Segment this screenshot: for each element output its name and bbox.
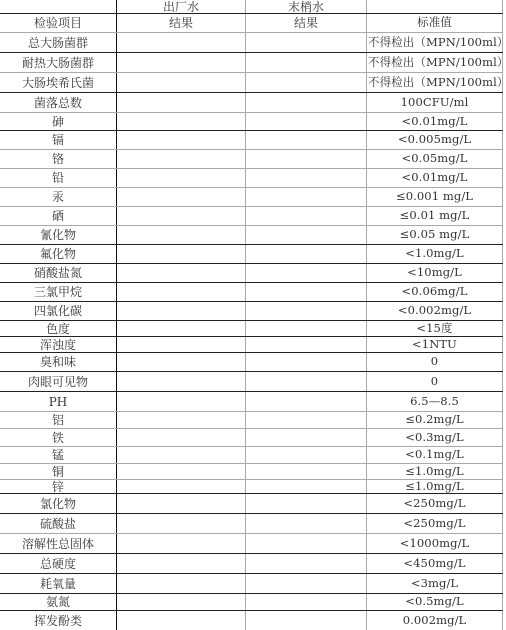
standard-value-cell: ≤0.01 mg/L: [367, 207, 503, 225]
terminal-result-cell[interactable]: [246, 429, 367, 446]
terminal-result-cell[interactable]: [246, 534, 367, 553]
standard-value-cell: <0.06mg/L: [367, 283, 503, 301]
item-cell: 三氯甲烷: [0, 283, 117, 301]
table-row: 硝酸盐氮<10mg/L: [0, 264, 503, 283]
standard-value-cell: 0: [367, 353, 503, 371]
terminal-result-cell[interactable]: [246, 113, 367, 130]
factory-result-cell[interactable]: [117, 53, 246, 72]
table-row: 铬<0.05mg/L: [0, 150, 503, 169]
table-row: 耗氧量<3mg/L: [0, 574, 503, 594]
table-row: 硒≤0.01 mg/L: [0, 207, 503, 226]
factory-result-cell[interactable]: [117, 534, 246, 553]
table-row: 三氯甲烷<0.06mg/L: [0, 283, 503, 302]
terminal-result-cell[interactable]: [246, 245, 367, 263]
standard-value-cell: ≤0.001 mg/L: [367, 188, 503, 206]
item-cell: 硒: [0, 207, 117, 225]
item-cell: 铝: [0, 412, 117, 428]
table-row: 浑浊度<1NTU: [0, 337, 503, 353]
table-row: 溶解性总固体<1000mg/L: [0, 534, 503, 554]
standard-value-cell: ≤0.05 mg/L: [367, 226, 503, 244]
terminal-result-cell[interactable]: [246, 353, 367, 371]
factory-result-cell[interactable]: [117, 392, 246, 411]
water-quality-table: 出厂水 末梢水 检验项目 结果 结果 标准值 总大肠菌群不得检出（MPN/100…: [0, 0, 503, 630]
terminal-result-cell[interactable]: [246, 131, 367, 149]
factory-result-cell[interactable]: [117, 337, 246, 352]
table-row: 铜≤1.0mg/L: [0, 464, 503, 480]
terminal-result-cell[interactable]: [246, 264, 367, 282]
item-cell: 镉: [0, 131, 117, 149]
factory-result-cell[interactable]: [117, 554, 246, 573]
table-row: 大肠埃希氏菌不得检出（MPN/100ml）: [0, 73, 503, 93]
terminal-result-cell[interactable]: [246, 207, 367, 225]
terminal-result-cell[interactable]: [246, 412, 367, 428]
factory-result-cell[interactable]: [117, 207, 246, 225]
item-cell: 耗氧量: [0, 574, 117, 593]
item-cell: 氯化物: [0, 494, 117, 513]
table-row: 铝≤0.2mg/L: [0, 412, 503, 429]
table-row: 硫酸盐<250mg/L: [0, 514, 503, 534]
item-cell: 锌: [0, 480, 117, 493]
factory-result-cell[interactable]: [117, 150, 246, 168]
table-row: 锌≤1.0mg/L: [0, 480, 503, 494]
terminal-result-cell[interactable]: [246, 554, 367, 573]
item-cell: 铜: [0, 464, 117, 479]
standard-value-cell: <10mg/L: [367, 264, 503, 282]
factory-result-cell[interactable]: [117, 480, 246, 493]
factory-result-cell[interactable]: [117, 574, 246, 593]
factory-result-cell[interactable]: [117, 372, 246, 391]
terminal-result-cell[interactable]: [246, 302, 367, 320]
factory-result-cell[interactable]: [117, 429, 246, 446]
table-row: 镉<0.005mg/L: [0, 131, 503, 150]
standard-value-cell: ≤1.0mg/L: [367, 480, 503, 493]
terminal-result-cell[interactable]: [246, 337, 367, 352]
standard-value-cell: <0.5mg/L: [367, 594, 503, 610]
terminal-result-cell[interactable]: [246, 494, 367, 513]
standard-value-cell: 0: [367, 372, 503, 391]
standard-value-cell: <15度: [367, 321, 503, 336]
header-group-standard-empty: [367, 0, 503, 13]
terminal-result-cell[interactable]: [246, 447, 367, 463]
factory-result-cell[interactable]: [117, 73, 246, 92]
item-cell: 氟化物: [0, 245, 117, 263]
item-cell: 汞: [0, 188, 117, 206]
standard-value-cell: 100CFU/ml: [367, 93, 503, 112]
item-cell: 硝酸盐氮: [0, 264, 117, 282]
table-row: 耐热大肠菌群不得检出（MPN/100ml）: [0, 53, 503, 73]
table-row: 色度<15度: [0, 321, 503, 337]
table-row: 臭和味0: [0, 353, 503, 372]
item-cell: 溶解性总固体: [0, 534, 117, 553]
item-cell: 铬: [0, 150, 117, 168]
factory-result-cell[interactable]: [117, 169, 246, 187]
standard-value-cell: <1.0mg/L: [367, 245, 503, 263]
standard-value-cell: ≤1.0mg/L: [367, 464, 503, 479]
item-cell: 硫酸盐: [0, 514, 117, 533]
header-group-row: 出厂水 末梢水: [0, 0, 503, 14]
terminal-result-cell[interactable]: [246, 392, 367, 411]
item-cell: 铅: [0, 169, 117, 187]
item-cell: 挥发酚类: [0, 611, 117, 630]
standard-value-cell: <1000mg/L: [367, 534, 503, 553]
factory-result-cell[interactable]: [117, 353, 246, 371]
factory-result-cell[interactable]: [117, 412, 246, 428]
item-cell: 氨氮: [0, 594, 117, 610]
factory-result-cell[interactable]: [117, 93, 246, 112]
table-row: 锰<0.1mg/L: [0, 447, 503, 464]
standard-value-cell: <0.005mg/L: [367, 131, 503, 149]
standard-value-cell: <0.1mg/L: [367, 447, 503, 463]
header-group-terminal-water: 末梢水: [246, 0, 367, 13]
factory-result-cell[interactable]: [117, 226, 246, 244]
table-row: 汞≤0.001 mg/L: [0, 188, 503, 207]
terminal-result-cell[interactable]: [246, 283, 367, 301]
header-label-row: 检验项目 结果 结果 标准值: [0, 14, 503, 33]
standard-value-cell: <1NTU: [367, 337, 503, 352]
item-cell: PH: [0, 392, 117, 411]
terminal-result-cell[interactable]: [246, 321, 367, 336]
item-cell: 浑浊度: [0, 337, 117, 352]
header-group-factory-water: 出厂水: [117, 0, 246, 13]
table-row: 四氯化碳<0.002mg/L: [0, 302, 503, 321]
item-cell: 菌落总数: [0, 93, 117, 112]
terminal-result-cell[interactable]: [246, 93, 367, 112]
factory-result-cell[interactable]: [117, 447, 246, 463]
factory-result-cell[interactable]: [117, 611, 246, 630]
terminal-result-cell[interactable]: [246, 464, 367, 479]
factory-result-cell[interactable]: [117, 131, 246, 149]
table-row: 总硬度<450mg/L: [0, 554, 503, 574]
standard-value-cell: <250mg/L: [367, 494, 503, 513]
factory-result-cell[interactable]: [117, 264, 246, 282]
standard-value-cell: <0.3mg/L: [367, 429, 503, 446]
terminal-result-cell[interactable]: [246, 33, 367, 52]
standard-value-cell: <0.002mg/L: [367, 302, 503, 320]
factory-result-cell[interactable]: [117, 245, 246, 263]
factory-result-cell[interactable]: [117, 113, 246, 130]
item-cell: 氰化物: [0, 226, 117, 244]
header-factory-result: 结果: [117, 14, 246, 32]
standard-value-cell: 0.002mg/L: [367, 611, 503, 630]
standard-value-cell: <450mg/L: [367, 554, 503, 573]
terminal-result-cell[interactable]: [246, 169, 367, 187]
factory-result-cell[interactable]: [117, 188, 246, 206]
table-row: 氯化物<250mg/L: [0, 494, 503, 514]
terminal-result-cell[interactable]: [246, 480, 367, 493]
table-row: 菌落总数100CFU/ml: [0, 93, 503, 113]
standard-value-cell: ≤0.2mg/L: [367, 412, 503, 428]
item-cell: 总硬度: [0, 554, 117, 573]
factory-result-cell[interactable]: [117, 494, 246, 513]
header-group-empty: [0, 0, 117, 13]
item-cell: 铁: [0, 429, 117, 446]
standard-value-cell: 不得检出（MPN/100ml）: [367, 73, 503, 92]
factory-result-cell[interactable]: [117, 321, 246, 336]
terminal-result-cell[interactable]: [246, 574, 367, 593]
standard-value-cell: 不得检出（MPN/100ml）: [367, 53, 503, 72]
item-cell: 肉眼可见物: [0, 372, 117, 391]
terminal-result-cell[interactable]: [246, 53, 367, 72]
item-cell: 砷: [0, 113, 117, 130]
terminal-result-cell[interactable]: [246, 611, 367, 630]
standard-value-cell: <3mg/L: [367, 574, 503, 593]
factory-result-cell[interactable]: [117, 302, 246, 320]
factory-result-cell[interactable]: [117, 283, 246, 301]
table-row: 砷<0.01mg/L: [0, 113, 503, 131]
item-cell: 四氯化碳: [0, 302, 117, 320]
factory-result-cell[interactable]: [117, 514, 246, 533]
item-cell: 耐热大肠菌群: [0, 53, 117, 72]
header-standard: 标准值: [367, 14, 503, 32]
header-item: 检验项目: [0, 14, 117, 32]
terminal-result-cell[interactable]: [246, 514, 367, 533]
table-row: 总大肠菌群不得检出（MPN/100ml）: [0, 33, 503, 53]
table-row: 肉眼可见物0: [0, 372, 503, 392]
factory-result-cell[interactable]: [117, 33, 246, 52]
table-row: 氰化物≤0.05 mg/L: [0, 226, 503, 245]
item-cell: 色度: [0, 321, 117, 336]
standard-value-cell: 不得检出（MPN/100ml）: [367, 33, 503, 52]
terminal-result-cell[interactable]: [246, 594, 367, 610]
item-cell: 锰: [0, 447, 117, 463]
standard-value-cell: <250mg/L: [367, 514, 503, 533]
item-cell: 总大肠菌群: [0, 33, 117, 52]
factory-result-cell[interactable]: [117, 464, 246, 479]
terminal-result-cell[interactable]: [246, 372, 367, 391]
standard-value-cell: <0.01mg/L: [367, 169, 503, 187]
item-cell: 大肠埃希氏菌: [0, 73, 117, 92]
table-row: 挥发酚类0.002mg/L: [0, 611, 503, 630]
header-terminal-result: 结果: [246, 14, 367, 32]
standard-value-cell: <0.05mg/L: [367, 150, 503, 168]
table-row: 氨氮<0.5mg/L: [0, 594, 503, 611]
terminal-result-cell[interactable]: [246, 73, 367, 92]
terminal-result-cell[interactable]: [246, 150, 367, 168]
standard-value-cell: <0.01mg/L: [367, 113, 503, 130]
table-row: 铅<0.01mg/L: [0, 169, 503, 188]
terminal-result-cell[interactable]: [246, 226, 367, 244]
factory-result-cell[interactable]: [117, 594, 246, 610]
table-row: 铁<0.3mg/L: [0, 429, 503, 447]
table-row: 氟化物<1.0mg/L: [0, 245, 503, 264]
item-cell: 臭和味: [0, 353, 117, 371]
terminal-result-cell[interactable]: [246, 188, 367, 206]
table-row: PH6.5—8.5: [0, 392, 503, 412]
standard-value-cell: 6.5—8.5: [367, 392, 503, 411]
